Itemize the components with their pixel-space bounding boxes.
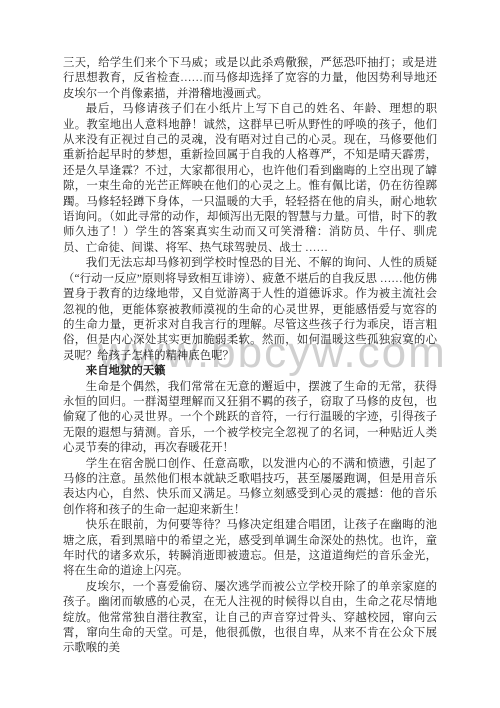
document-page: www.bbcyw.com 三天，给学生们来个下马威；或是以此杀鸡儆猴，严惩恐吓… xyxy=(0,0,500,708)
section-heading: 来自地狱的天籁 xyxy=(63,364,437,379)
document-text-block: 三天，给学生们来个下马威；或是以此杀鸡儆猴，严惩恐吓抽打；或是进行思想教育，反省… xyxy=(63,56,437,657)
body-paragraph: 学生在宿舍脱口创作、任意高歌，以发泄内心的不满和愤懑，引起了马修的注意。虽然他们… xyxy=(63,457,437,519)
body-paragraph: 快乐在眼前，为何要等待？马修决定组建合唱团，让孩子在幽晦的池塘之底，看到黑暗中的… xyxy=(63,518,437,580)
body-paragraph: 我们无法忘却马修初到学校时惶恐的目光、不解的询问、人性的质疑（“行动一反应”原则… xyxy=(63,256,437,364)
body-paragraph: 皮埃尔，一个喜爱偷窃、屡次逃学而被公立学校开除了的单亲家庭的孩子。幽闭而敏感的心… xyxy=(63,580,437,657)
body-paragraph: 生命是个偶然，我们常常在无意的邂逅中，摆渡了生命的无常，获得永恒的回归。一群渴望… xyxy=(63,380,437,457)
body-paragraph: 三天，给学生们来个下马威；或是以此杀鸡儆猴，严惩恐吓抽打；或是进行思想教育，反省… xyxy=(63,56,437,102)
body-paragraph: 最后，马修请孩子们在小纸片上写下自己的姓名、年龄、理想的职业。教室地出人意料地静… xyxy=(63,102,437,256)
